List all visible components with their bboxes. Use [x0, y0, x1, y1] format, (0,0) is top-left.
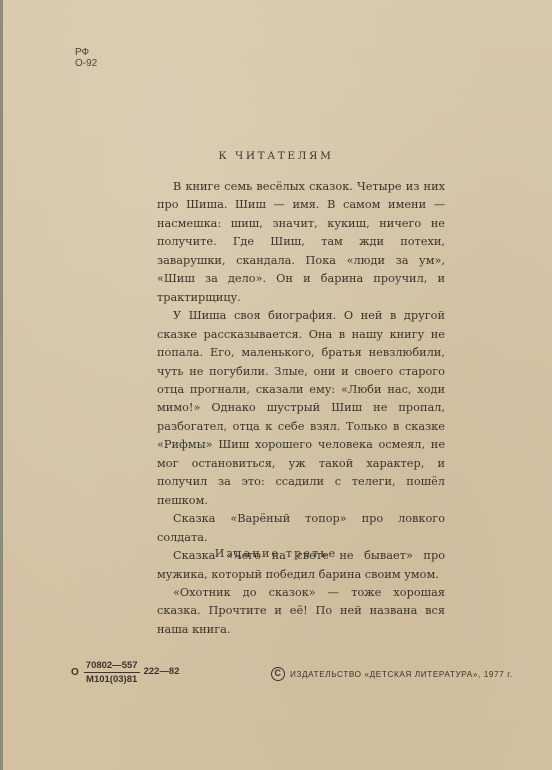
publisher-text: ИЗДАТЕЛЬСТВО «ДЕТСКАЯ ЛИТЕРАТУРА», 1977 …	[290, 670, 513, 679]
paragraph: В книге семь весёлых сказок. Четыре из н…	[157, 178, 445, 307]
catalog-index: РФ О-92	[75, 47, 97, 69]
paragraph: «Охотник до сказок» — тоже хорошая сказк…	[157, 584, 445, 639]
imprint-suffix: 222—82	[144, 666, 180, 677]
imprint-numerator: 70802—557	[84, 660, 140, 673]
paragraph: Сказка «Варёный топор» про ловкого солда…	[157, 510, 445, 547]
paragraph: У Шиша своя биография. О ней в другой ск…	[157, 307, 445, 510]
catalog-index-line1: РФ	[75, 47, 97, 58]
copyright-icon: C	[271, 667, 285, 681]
imprint-prefix: О	[71, 667, 79, 678]
imprint-fraction: 70802—557 М101(03)81	[84, 660, 140, 685]
imprint-code: О 70802—557 М101(03)81 222—82	[71, 660, 179, 685]
book-page: РФ О-92 К ЧИТАТЕЛЯМ В книге семь весёлых…	[0, 0, 552, 770]
foreword-text: В книге семь весёлых сказок. Четыре из н…	[157, 178, 445, 639]
publisher-line: C ИЗДАТЕЛЬСТВО «ДЕТСКАЯ ЛИТЕРАТУРА», 197…	[271, 667, 513, 681]
page-edge	[0, 0, 3, 770]
page-heading: К ЧИТАТЕЛЯМ	[0, 150, 552, 162]
catalog-index-line2: О-92	[75, 58, 97, 69]
edition-note: Издание третье	[0, 547, 552, 560]
imprint-denominator: М101(03)81	[86, 673, 137, 685]
